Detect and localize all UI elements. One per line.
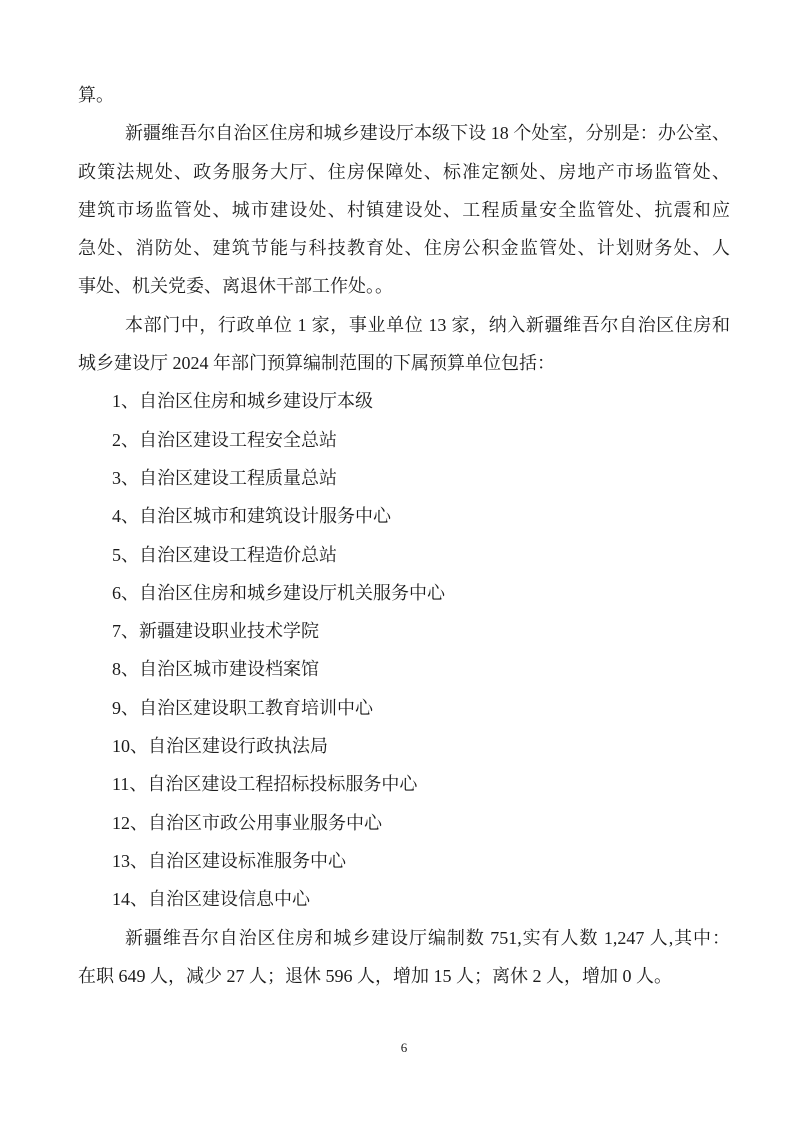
- budget-unit-item: 4、自治区城市和建筑设计服务中心: [78, 497, 730, 535]
- budget-unit-item: 11、自治区建设工程招标投标服务中心: [78, 765, 730, 803]
- paragraph-units-intro-line: 城乡建设厅 2024 年部门预算编制范围的下属预算单位包括：: [78, 344, 730, 382]
- budget-unit-item: 7、新疆建设职业技术学院: [78, 612, 730, 650]
- budget-unit-item: 8、自治区城市建设档案馆: [78, 650, 730, 688]
- budget-unit-item: 9、自治区建设职工教育培训中心: [78, 689, 730, 727]
- budget-unit-item: 10、自治区建设行政执法局: [78, 727, 730, 765]
- budget-unit-item: 14、自治区建设信息中心: [78, 880, 730, 918]
- paragraph-staffing-line: 在职 649 人，减少 27 人；退休 596 人，增加 15 人；离休 2 人…: [78, 957, 730, 995]
- document-page: 算。 新疆维吾尔自治区住房和城乡建设厅本级下设 18 个处室，分别是：办公室、 …: [0, 0, 808, 1143]
- budget-unit-item: 5、自治区建设工程造价总站: [78, 536, 730, 574]
- paragraph-offices-line: 事处、机关党委、离退休干部工作处。。: [78, 267, 730, 305]
- budget-unit-item: 3、自治区建设工程质量总站: [78, 459, 730, 497]
- paragraph-offices-line: 急处、消防处、建筑节能与科技教育处、住房公积金监管处、计划财务处、人: [78, 229, 730, 267]
- page-footer: 6: [0, 1038, 808, 1058]
- budget-unit-item: 13、自治区建设标准服务中心: [78, 842, 730, 880]
- budget-unit-item: 6、自治区住房和城乡建设厅机关服务中心: [78, 574, 730, 612]
- paragraph-offices-line: 建筑市场监管处、城市建设处、村镇建设处、工程质量安全监管处、抗震和应: [78, 191, 730, 229]
- page-number: 6: [401, 1040, 408, 1055]
- budget-unit-item: 12、自治区市政公用事业服务中心: [78, 804, 730, 842]
- page-body: 算。 新疆维吾尔自治区住房和城乡建设厅本级下设 18 个处室，分别是：办公室、 …: [78, 76, 730, 995]
- budget-unit-item: 2、自治区建设工程安全总站: [78, 421, 730, 459]
- paragraph-units-intro-line: 本部门中，行政单位 1 家，事业单位 13 家，纳入新疆维吾尔自治区住房和: [78, 306, 730, 344]
- paragraph-offices-line: 新疆维吾尔自治区住房和城乡建设厅本级下设 18 个处室，分别是：办公室、: [78, 114, 730, 152]
- paragraph-staffing-line: 新疆维吾尔自治区住房和城乡建设厅编制数 751,实有人数 1,247 人,其中：: [78, 919, 730, 957]
- budget-unit-item: 1、自治区住房和城乡建设厅本级: [78, 382, 730, 420]
- paragraph-offices-line: 政策法规处、政务服务大厅、住房保障处、标准定额处、房地产市场监管处、: [78, 153, 730, 191]
- paragraph-continuation: 算。: [78, 76, 730, 114]
